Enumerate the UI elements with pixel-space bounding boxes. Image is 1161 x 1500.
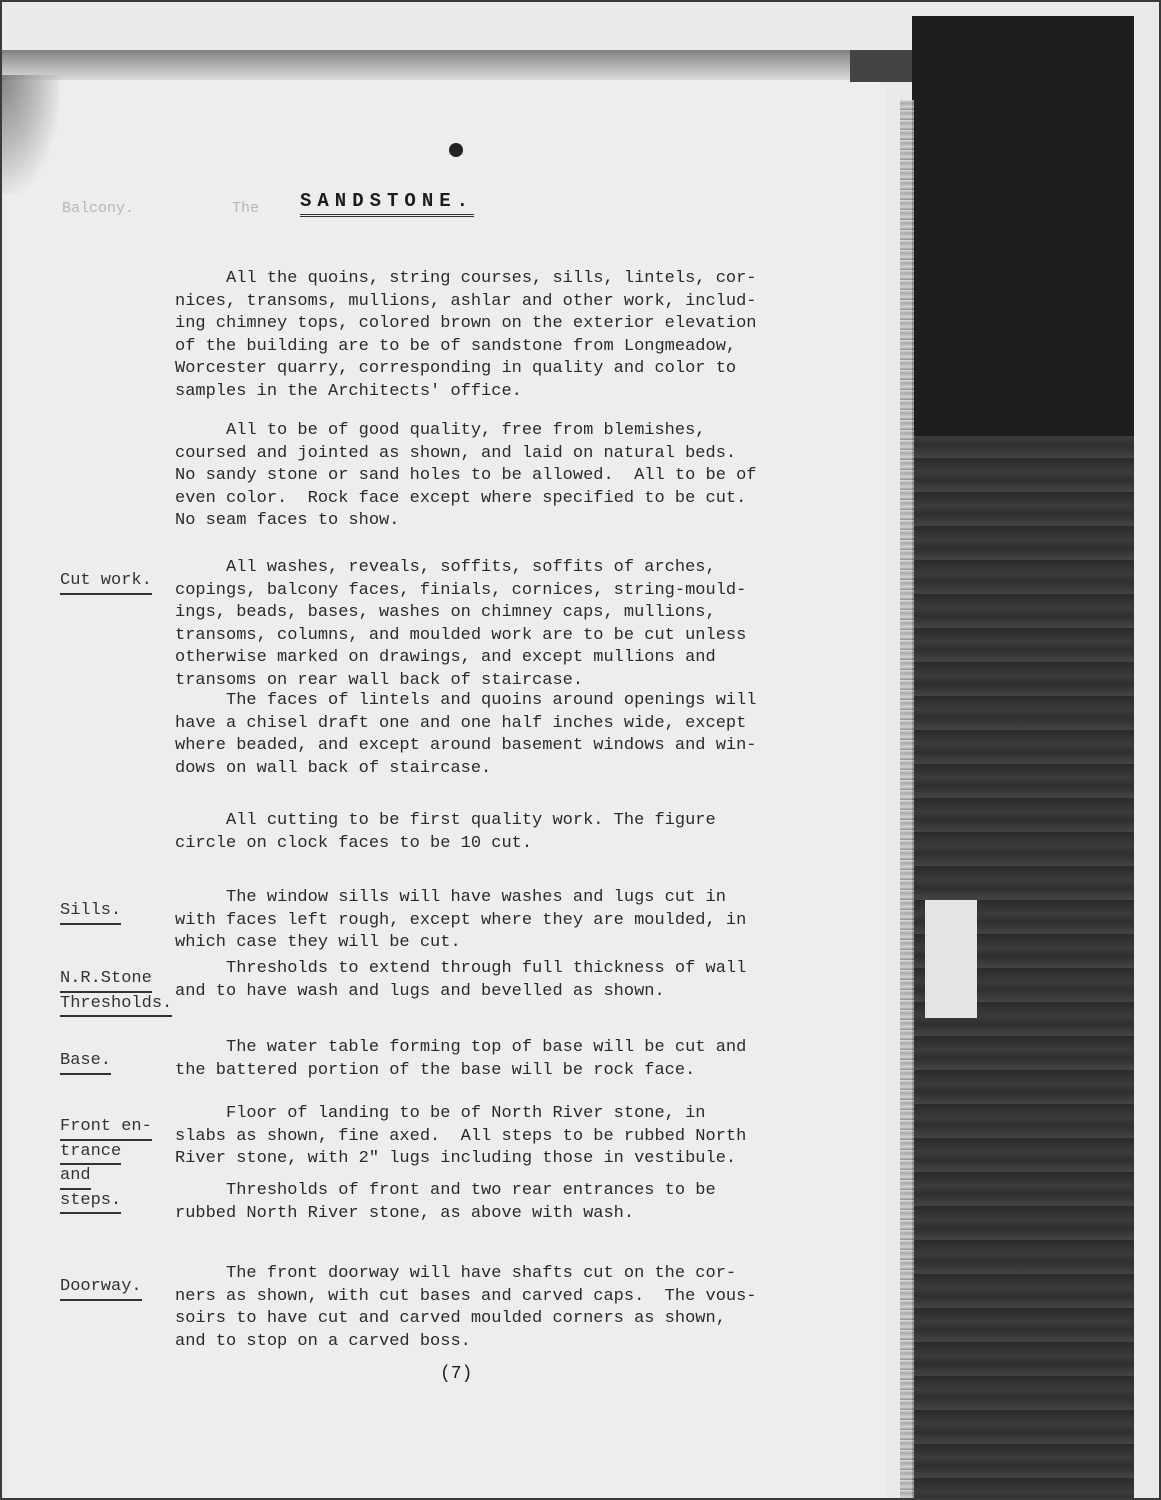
paragraph: Thresholds of front and two rear entranc…	[175, 1180, 716, 1225]
paragraph-line: dows on wall back of staircase.	[175, 758, 757, 781]
paragraph-line: rubbed North River stone, as above with …	[175, 1203, 716, 1226]
paragraph-line: and to have wash and lugs and bevelled a…	[175, 981, 746, 1004]
scan-smear-left	[0, 75, 60, 195]
paragraph-line: No sandy stone or sand holes to be allow…	[175, 465, 757, 488]
margin-heading-line: Cut work.	[60, 570, 152, 595]
margin-heading-line: and	[60, 1165, 91, 1190]
paragraph-line: which case they will be cut.	[175, 932, 746, 955]
paragraph: The faces of lintels and quoins around o…	[175, 690, 757, 780]
paragraph-line: Thresholds of front and two rear entranc…	[175, 1180, 716, 1203]
margin-heading: N.R.StoneThresholds.	[60, 968, 172, 1017]
paragraph: The front doorway will have shafts cut o…	[175, 1263, 757, 1353]
ghost-body-text: The	[232, 200, 259, 217]
margin-heading-line: Thresholds.	[60, 993, 172, 1018]
paragraph-line: otherwise marked on drawings, and except…	[175, 647, 746, 670]
paragraph-line: No seam faces to show.	[175, 510, 757, 533]
scan-dark-bar	[850, 50, 916, 82]
paragraph-line: The water table forming top of base will…	[175, 1037, 746, 1060]
paragraph-line: soirs to have cut and carved moulded cor…	[175, 1308, 757, 1331]
paragraph-line: transoms, columns, and moulded work are …	[175, 625, 746, 648]
page-number: (7)	[440, 1364, 472, 1384]
paragraph-line: Worcester quarry, corresponding in quali…	[175, 358, 757, 381]
paragraph: The water table forming top of base will…	[175, 1037, 746, 1082]
margin-heading-line: Doorway.	[60, 1276, 142, 1301]
margin-heading: Sills.	[60, 900, 121, 925]
margin-heading-line: trance	[60, 1141, 121, 1166]
paragraph-line: samples in the Architects' office.	[175, 381, 757, 404]
paragraph: Thresholds to extend through full thickn…	[175, 958, 746, 1003]
paragraph-line: of the building are to be of sandstone f…	[175, 336, 757, 359]
paragraph: All washes, reveals, soffits, soffits of…	[175, 557, 746, 692]
margin-heading-line: steps.	[60, 1190, 121, 1215]
paragraph-line: with faces left rough, except where they…	[175, 910, 746, 933]
margin-heading: Front en-tranceandsteps.	[60, 1116, 152, 1214]
paragraph-line: All cutting to be first quality work. Th…	[175, 810, 716, 833]
paragraph: All to be of good quality, free from ble…	[175, 420, 757, 533]
paragraph-line: have a chisel draft one and one half inc…	[175, 713, 757, 736]
paragraph-line: Thresholds to extend through full thickn…	[175, 958, 746, 981]
margin-heading: Doorway.	[60, 1276, 142, 1301]
punch-hole-dot	[449, 143, 463, 157]
paragraph-line: The front doorway will have shafts cut o…	[175, 1263, 757, 1286]
paragraph-line: All the quoins, string courses, sills, l…	[175, 268, 757, 291]
page-edge-shadow	[900, 100, 914, 1500]
paragraph-line: transoms on rear wall back of staircase.	[175, 670, 746, 693]
paragraph-line: ing chimney tops, colored brown on the e…	[175, 313, 757, 336]
paragraph-line: circle on clock faces to be 10 cut.	[175, 833, 716, 856]
section-title: SANDSTONE.	[300, 190, 474, 217]
margin-heading: Cut work.	[60, 570, 152, 595]
scan-dark-margin-top	[912, 16, 1134, 436]
paragraph-line: slabs as shown, fine axed. All steps to …	[175, 1126, 746, 1149]
margin-heading-line: N.R.Stone	[60, 968, 152, 993]
paragraph-line: coursed and jointed as shown, and laid o…	[175, 443, 757, 466]
paragraph-line: Floor of landing to be of North River st…	[175, 1103, 746, 1126]
paragraph: Floor of landing to be of North River st…	[175, 1103, 746, 1171]
paragraph: All cutting to be first quality work. Th…	[175, 810, 716, 855]
margin-heading-line: Base.	[60, 1050, 111, 1075]
paragraph: All the quoins, string courses, sills, l…	[175, 268, 757, 403]
paragraph-line: the battered portion of the base will be…	[175, 1060, 746, 1083]
margin-heading-line: Sills.	[60, 900, 121, 925]
paragraph-line: The window sills will have washes and lu…	[175, 887, 746, 910]
paragraph-line: River stone, with 2" lugs including thos…	[175, 1148, 746, 1171]
paragraph-line: The faces of lintels and quoins around o…	[175, 690, 757, 713]
margin-heading-line: Front en-	[60, 1116, 152, 1141]
scan-smear-top	[0, 50, 890, 80]
paragraph-line: All washes, reveals, soffits, soffits of…	[175, 557, 746, 580]
paragraph-line: where beaded, and except around basement…	[175, 735, 757, 758]
margin-heading: Base.	[60, 1050, 111, 1075]
paragraph-line: and to stop on a carved boss.	[175, 1331, 757, 1354]
paragraph-line: ings, beads, bases, washes on chimney ca…	[175, 602, 746, 625]
paragraph-line: even color. Rock face except where speci…	[175, 488, 757, 511]
paragraph-line: copings, balcony faces, finials, cornice…	[175, 580, 746, 603]
paragraph-line: nices, transoms, mullions, ashlar and ot…	[175, 291, 757, 314]
ghost-margin-text: Balcony.	[62, 200, 134, 217]
paragraph-line: All to be of good quality, free from ble…	[175, 420, 757, 443]
underlying-page-tab	[925, 900, 977, 1018]
paragraph-line: ners as shown, with cut bases and carved…	[175, 1286, 757, 1309]
paragraph: The window sills will have washes and lu…	[175, 887, 746, 955]
